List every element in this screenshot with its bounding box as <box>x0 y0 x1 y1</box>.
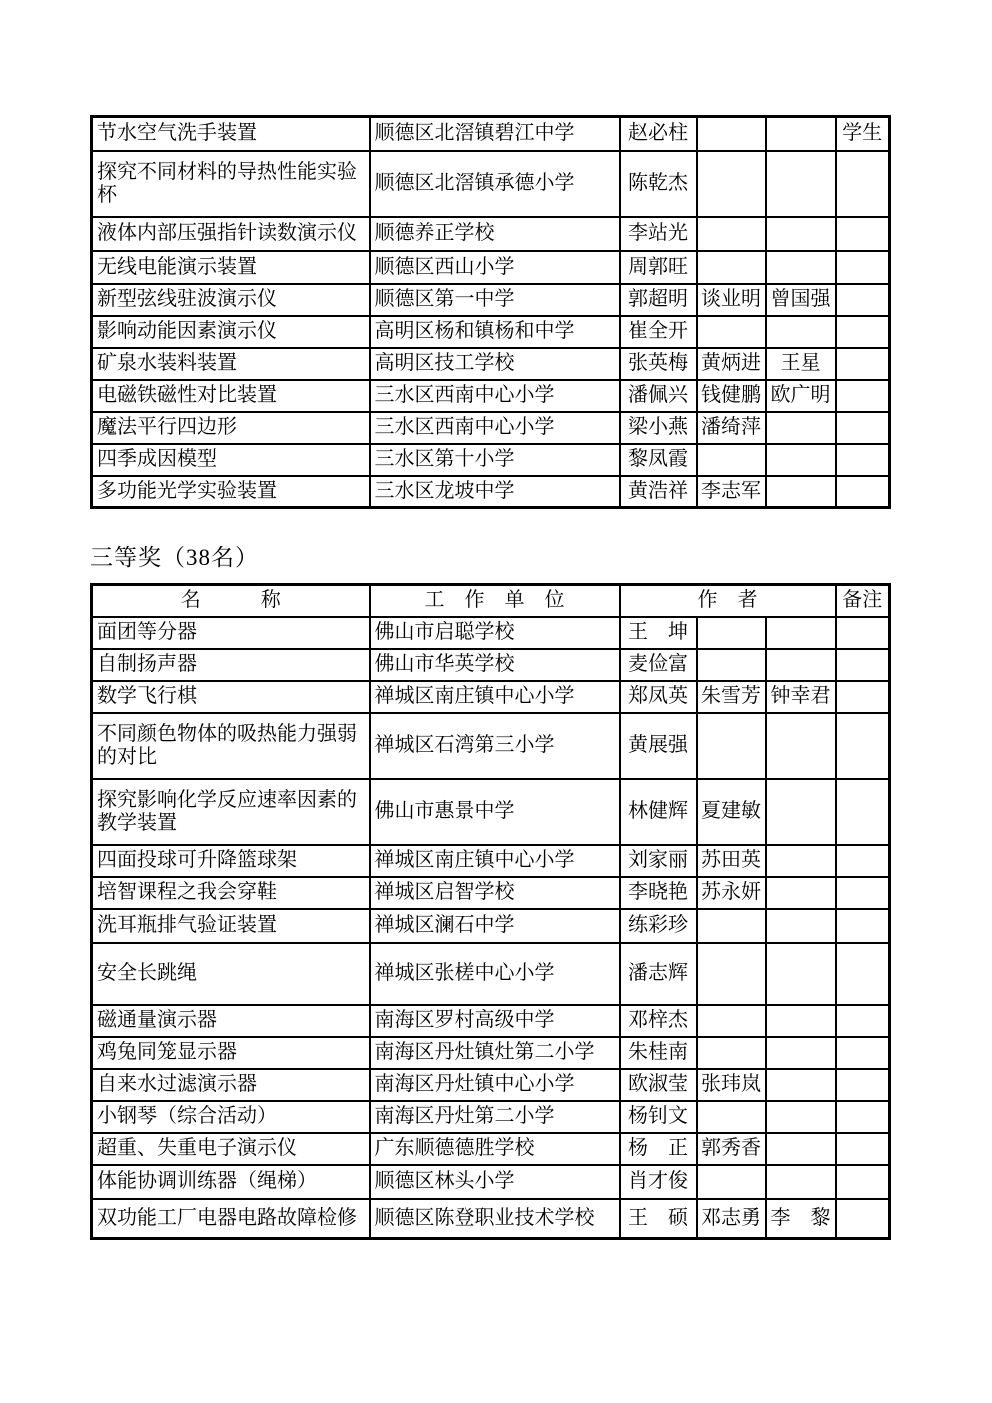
table-row: 探究不同材料的导热性能实验杯顺德区北滘镇承德小学陈乾杰 <box>92 151 890 217</box>
author-1-cell: 郭超明 <box>620 284 697 316</box>
author-2-cell: 谈业明 <box>697 284 766 316</box>
table-row: 小钢琴（综合活动）南海区丹灶第二小学杨钊文 <box>92 1101 890 1133</box>
author-1-cell: 梁小燕 <box>620 412 697 444</box>
remark-cell <box>836 316 890 348</box>
table-row: 电磁铁磁性对比装置三水区西南中心小学潘佩兴钱健鹏欧广明 <box>92 380 890 412</box>
section-heading: 三等奖（38名） <box>90 541 259 575</box>
item-name-cell: 节水空气洗手装置 <box>92 117 370 151</box>
table-row: 无线电能演示装置顺德区西山小学周郭旺 <box>92 251 890 284</box>
author-2-cell <box>697 713 766 779</box>
table-row: 洗耳瓶排气验证装置禅城区澜石中学练彩珍 <box>92 909 890 943</box>
remark-cell <box>836 1037 890 1069</box>
remark-cell <box>836 681 890 713</box>
author-1-cell: 郑凤英 <box>620 681 697 713</box>
item-name-cell: 培智课程之我会穿鞋 <box>92 877 370 909</box>
author-3-cell <box>766 444 836 476</box>
item-name-cell: 矿泉水装料装置 <box>92 348 370 380</box>
author-3-cell <box>766 617 836 649</box>
author-2-cell <box>697 251 766 284</box>
upper-awards-table: 节水空气洗手装置顺德区北滘镇碧江中学赵必柱学生探究不同材料的导热性能实验杯顺德区… <box>90 115 891 509</box>
item-name-cell: 自制扬声器 <box>92 649 370 681</box>
page: { "document": { "section_heading": "三等奖（… <box>0 0 992 1403</box>
author-2-cell: 郭秀香 <box>697 1133 766 1165</box>
remark-cell <box>836 909 890 943</box>
remark-cell: 学生 <box>836 117 890 151</box>
author-3-cell <box>766 845 836 877</box>
item-name-cell: 探究影响化学反应速率因素的教学装置 <box>92 779 370 845</box>
work-unit-cell: 三水区龙坡中学 <box>370 476 620 508</box>
remark-cell <box>836 617 890 649</box>
author-2-cell <box>697 1165 766 1199</box>
table-row: 双功能工厂电器电路故障检修顺德区陈登职业技术学校王 硕邓志勇李 黎 <box>92 1199 890 1239</box>
work-unit-cell: 顺德区北滘镇承德小学 <box>370 151 620 217</box>
author-2-cell <box>697 444 766 476</box>
item-name-cell: 洗耳瓶排气验证装置 <box>92 909 370 943</box>
remark-cell <box>836 476 890 508</box>
author-3-cell <box>766 943 836 1005</box>
table-row: 鸡兔同笼显示器南海区丹灶镇灶第二小学朱桂南 <box>92 1037 890 1069</box>
author-1-cell: 张英梅 <box>620 348 697 380</box>
work-unit-cell: 顺德区西山小学 <box>370 251 620 284</box>
remark-cell <box>836 1133 890 1165</box>
work-unit-cell: 三水区西南中心小学 <box>370 380 620 412</box>
author-3-cell <box>766 779 836 845</box>
author-2-cell: 朱雪芳 <box>697 681 766 713</box>
work-unit-cell: 顺德区陈登职业技术学校 <box>370 1199 620 1239</box>
item-name-cell: 体能协调训练器（绳梯） <box>92 1165 370 1199</box>
work-unit-cell: 南海区丹灶镇灶第二小学 <box>370 1037 620 1069</box>
table-row: 面团等分器佛山市启聪学校王 坤 <box>92 617 890 649</box>
table-row: 矿泉水装料装置高明区技工学校张英梅黄炳进王星 <box>92 348 890 380</box>
table-row: 超重、失重电子演示仪广东顺德德胜学校杨 正郭秀香 <box>92 1133 890 1165</box>
work-unit-cell: 南海区罗村高级中学 <box>370 1005 620 1037</box>
table-row: 自制扬声器佛山市华英学校麦俭富 <box>92 649 890 681</box>
author-3-cell <box>766 217 836 251</box>
author-1-cell: 林健辉 <box>620 779 697 845</box>
author-2-cell <box>697 617 766 649</box>
author-3-cell <box>766 1069 836 1101</box>
work-unit-cell: 禅城区石湾第三小学 <box>370 713 620 779</box>
author-1-cell: 崔全开 <box>620 316 697 348</box>
work-unit-cell: 高明区技工学校 <box>370 348 620 380</box>
item-name-cell: 面团等分器 <box>92 617 370 649</box>
work-unit-cell: 禅城区南庄镇中心小学 <box>370 845 620 877</box>
table-row: 数学飞行棋禅城区南庄镇中心小学郑凤英朱雪芳钟幸君 <box>92 681 890 713</box>
table-row: 自来水过滤演示器南海区丹灶镇中心小学欧淑莹张玮岚 <box>92 1069 890 1101</box>
author-1-cell: 周郭旺 <box>620 251 697 284</box>
table-row: 液体内部压强指针读数演示仪顺德养正学校李站光 <box>92 217 890 251</box>
work-unit-cell: 禅城区南庄镇中心小学 <box>370 681 620 713</box>
remark-cell <box>836 1199 890 1239</box>
work-unit-cell: 佛山市惠景中学 <box>370 779 620 845</box>
item-name-cell: 电磁铁磁性对比装置 <box>92 380 370 412</box>
table-row: 多功能光学实验装置三水区龙坡中学黄浩祥李志军 <box>92 476 890 508</box>
work-unit-cell: 顺德区林头小学 <box>370 1165 620 1199</box>
author-3-cell <box>766 316 836 348</box>
table-row: 节水空气洗手装置顺德区北滘镇碧江中学赵必柱学生 <box>92 117 890 151</box>
third-prize-table-body: 面团等分器佛山市启聪学校王 坤自制扬声器佛山市华英学校麦俭富数学飞行棋禅城区南庄… <box>92 617 890 1239</box>
header-work-unit: 工 作 单 位 <box>370 585 620 617</box>
item-name-cell: 磁通量演示器 <box>92 1005 370 1037</box>
table-row: 四季成因模型三水区第十小学黎凤霞 <box>92 444 890 476</box>
remark-cell <box>836 348 890 380</box>
author-2-cell <box>697 1101 766 1133</box>
author-3-cell <box>766 476 836 508</box>
remark-cell <box>836 1165 890 1199</box>
remark-cell <box>836 284 890 316</box>
author-1-cell: 刘家丽 <box>620 845 697 877</box>
item-name-cell: 四季成因模型 <box>92 444 370 476</box>
remark-cell <box>836 251 890 284</box>
item-name-cell: 安全长跳绳 <box>92 943 370 1005</box>
table-row: 磁通量演示器南海区罗村高级中学邓梓杰 <box>92 1005 890 1037</box>
remark-cell <box>836 412 890 444</box>
table-row: 体能协调训练器（绳梯）顺德区林头小学肖才俊 <box>92 1165 890 1199</box>
upper-awards-table-body: 节水空气洗手装置顺德区北滘镇碧江中学赵必柱学生探究不同材料的导热性能实验杯顺德区… <box>92 117 890 508</box>
author-1-cell: 黄展强 <box>620 713 697 779</box>
table-row: 培智课程之我会穿鞋禅城区启智学校李晓艳苏永妍 <box>92 877 890 909</box>
item-name-cell: 多功能光学实验装置 <box>92 476 370 508</box>
author-2-cell: 张玮岚 <box>697 1069 766 1101</box>
work-unit-cell: 三水区第十小学 <box>370 444 620 476</box>
work-unit-cell: 禅城区澜石中学 <box>370 909 620 943</box>
author-1-cell: 肖才俊 <box>620 1165 697 1199</box>
author-3-cell <box>766 1037 836 1069</box>
author-3-cell: 李 黎 <box>766 1199 836 1239</box>
item-name-cell: 鸡兔同笼显示器 <box>92 1037 370 1069</box>
author-2-cell <box>697 316 766 348</box>
remark-cell <box>836 1005 890 1037</box>
author-1-cell: 王 坤 <box>620 617 697 649</box>
remark-cell <box>836 444 890 476</box>
author-3-cell: 钟幸君 <box>766 681 836 713</box>
table-row: 不同颜色物体的吸热能力强弱的对比禅城区石湾第三小学黄展强 <box>92 713 890 779</box>
author-3-cell <box>766 412 836 444</box>
author-2-cell: 黄炳进 <box>697 348 766 380</box>
work-unit-cell: 南海区丹灶镇中心小学 <box>370 1069 620 1101</box>
author-3-cell <box>766 1165 836 1199</box>
author-3-cell <box>766 1005 836 1037</box>
author-2-cell <box>697 1005 766 1037</box>
work-unit-cell: 佛山市启聪学校 <box>370 617 620 649</box>
item-name-cell: 探究不同材料的导热性能实验杯 <box>92 151 370 217</box>
remark-cell <box>836 1101 890 1133</box>
author-2-cell <box>697 943 766 1005</box>
work-unit-cell: 广东顺德德胜学校 <box>370 1133 620 1165</box>
author-1-cell: 潘志辉 <box>620 943 697 1005</box>
item-name-cell: 不同颜色物体的吸热能力强弱的对比 <box>92 713 370 779</box>
table-row: 四面投球可升降篮球架禅城区南庄镇中心小学刘家丽苏田英 <box>92 845 890 877</box>
work-unit-cell: 三水区西南中心小学 <box>370 412 620 444</box>
work-unit-cell: 禅城区张槎中心小学 <box>370 943 620 1005</box>
author-3-cell: 王星 <box>766 348 836 380</box>
remark-cell <box>836 649 890 681</box>
author-3-cell <box>766 117 836 151</box>
author-1-cell: 潘佩兴 <box>620 380 697 412</box>
author-1-cell: 杨钊文 <box>620 1101 697 1133</box>
item-name-cell: 自来水过滤演示器 <box>92 1069 370 1101</box>
author-2-cell: 李志军 <box>697 476 766 508</box>
author-2-cell <box>697 217 766 251</box>
author-3-cell <box>766 151 836 217</box>
table-header-row: 名 称 工 作 单 位 作 者 备注 <box>92 585 890 617</box>
author-2-cell <box>697 151 766 217</box>
header-name: 名 称 <box>92 585 370 617</box>
remark-cell <box>836 380 890 412</box>
remark-cell <box>836 877 890 909</box>
header-authors: 作 者 <box>620 585 836 617</box>
author-1-cell: 黎凤霞 <box>620 444 697 476</box>
author-3-cell <box>766 1101 836 1133</box>
item-name-cell: 数学飞行棋 <box>92 681 370 713</box>
item-name-cell: 液体内部压强指针读数演示仪 <box>92 217 370 251</box>
author-2-cell <box>697 909 766 943</box>
item-name-cell: 新型弦线驻波演示仪 <box>92 284 370 316</box>
author-1-cell: 朱桂南 <box>620 1037 697 1069</box>
work-unit-cell: 顺德养正学校 <box>370 217 620 251</box>
author-1-cell: 黄浩祥 <box>620 476 697 508</box>
item-name-cell: 双功能工厂电器电路故障检修 <box>92 1199 370 1239</box>
remark-cell <box>836 217 890 251</box>
author-1-cell: 杨 正 <box>620 1133 697 1165</box>
author-3-cell: 欧广明 <box>766 380 836 412</box>
work-unit-cell: 南海区丹灶第二小学 <box>370 1101 620 1133</box>
author-3-cell <box>766 877 836 909</box>
remark-cell <box>836 845 890 877</box>
work-unit-cell: 顺德区第一中学 <box>370 284 620 316</box>
author-1-cell: 邓梓杰 <box>620 1005 697 1037</box>
third-prize-table: 名 称 工 作 单 位 作 者 备注 面团等分器佛山市启聪学校王 坤自制扬声器佛… <box>90 583 891 1240</box>
item-name-cell: 超重、失重电子演示仪 <box>92 1133 370 1165</box>
table-row: 影响动能因素演示仪高明区杨和镇杨和中学崔全开 <box>92 316 890 348</box>
author-1-cell: 王 硕 <box>620 1199 697 1239</box>
item-name-cell: 影响动能因素演示仪 <box>92 316 370 348</box>
author-2-cell: 苏永妍 <box>697 877 766 909</box>
remark-cell <box>836 151 890 217</box>
remark-cell <box>836 943 890 1005</box>
author-3-cell <box>766 649 836 681</box>
work-unit-cell: 高明区杨和镇杨和中学 <box>370 316 620 348</box>
table-row: 新型弦线驻波演示仪顺德区第一中学郭超明谈业明曾国强 <box>92 284 890 316</box>
author-2-cell: 夏建敏 <box>697 779 766 845</box>
header-remark: 备注 <box>836 585 890 617</box>
author-1-cell: 李晓艳 <box>620 877 697 909</box>
table-row: 探究影响化学反应速率因素的教学装置佛山市惠景中学林健辉夏建敏 <box>92 779 890 845</box>
author-3-cell <box>766 713 836 779</box>
author-2-cell <box>697 649 766 681</box>
table-row: 安全长跳绳禅城区张槎中心小学潘志辉 <box>92 943 890 1005</box>
author-1-cell: 练彩珍 <box>620 909 697 943</box>
remark-cell <box>836 1069 890 1101</box>
author-3-cell <box>766 909 836 943</box>
item-name-cell: 小钢琴（综合活动） <box>92 1101 370 1133</box>
author-1-cell: 欧淑莹 <box>620 1069 697 1101</box>
author-2-cell: 邓志勇 <box>697 1199 766 1239</box>
item-name-cell: 魔法平行四边形 <box>92 412 370 444</box>
remark-cell <box>836 713 890 779</box>
table-row: 魔法平行四边形三水区西南中心小学梁小燕潘绮萍 <box>92 412 890 444</box>
author-2-cell: 钱健鹏 <box>697 380 766 412</box>
author-1-cell: 李站光 <box>620 217 697 251</box>
item-name-cell: 无线电能演示装置 <box>92 251 370 284</box>
work-unit-cell: 禅城区启智学校 <box>370 877 620 909</box>
item-name-cell: 四面投球可升降篮球架 <box>92 845 370 877</box>
author-1-cell: 赵必柱 <box>620 117 697 151</box>
remark-cell <box>836 779 890 845</box>
author-3-cell <box>766 251 836 284</box>
work-unit-cell: 顺德区北滘镇碧江中学 <box>370 117 620 151</box>
author-1-cell: 麦俭富 <box>620 649 697 681</box>
author-1-cell: 陈乾杰 <box>620 151 697 217</box>
author-2-cell: 潘绮萍 <box>697 412 766 444</box>
author-2-cell <box>697 1037 766 1069</box>
author-2-cell: 苏田英 <box>697 845 766 877</box>
author-2-cell <box>697 117 766 151</box>
work-unit-cell: 佛山市华英学校 <box>370 649 620 681</box>
author-3-cell: 曾国强 <box>766 284 836 316</box>
author-3-cell <box>766 1133 836 1165</box>
